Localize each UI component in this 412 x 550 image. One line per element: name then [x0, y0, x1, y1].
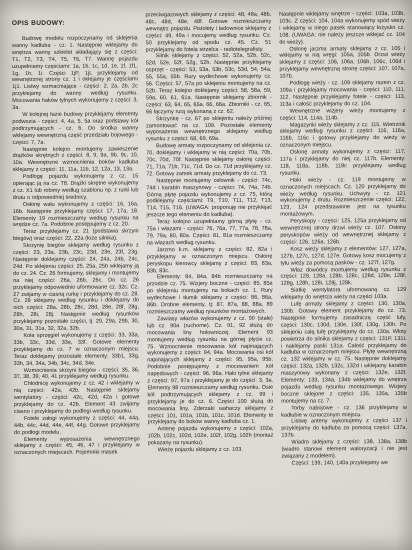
paragraph: Elementy: 84, 84a, 84b rozmieszczamy na … [147, 274, 273, 316]
paragraph: Podłogę wieży - cz. 109 sklejamy razem z… [280, 80, 406, 108]
paragraph: Zawiasy włazów wykonujemy z cz. 90 (stał… [147, 316, 273, 427]
paragraph: Skrzynkę - cz. 67 po sklejeniu należy pó… [146, 115, 272, 143]
paragraph: Budowę modelu rozpoczynamy od sklejenia … [12, 35, 138, 112]
paragraph: Lufę armaty sklejamy z części: 130, 130a… [281, 301, 407, 405]
paragraph: Kosz wieży sklejamy z elementów: 127, 12… [280, 246, 406, 267]
text-column-1: OPIS BUDOWY: Budowę modelu rozpoczynamy … [12, 12, 140, 468]
text-columns: OPIS BUDOWY: Budowę modelu rozpoczynamy … [12, 11, 407, 469]
paragraph: Właz dowódcy montujemy według rysunku z … [280, 267, 406, 288]
paragraph: Torby nabojowe - cz. 136 przyklejamy w k… [281, 405, 407, 419]
paragraph: Następnie wklejamy wnętrze - części: 103… [279, 11, 405, 46]
document-page: OPIS BUDOWY: Budowę modelu rozpoczynamy … [0, 0, 412, 550]
paragraph: Wzmocnienia skrzyni biegów - części: 35,… [14, 367, 140, 381]
paragraph: Podłogę pojazdu wykonujemy z cz. 15 opie… [13, 173, 139, 201]
paragraph: Chłodnicę wykonujemy z cz. 42 i wklejamy… [14, 381, 140, 416]
paragraph: Wiadro sklejamy z części: 138, 138a, 138… [281, 439, 407, 460]
paragraph: Silnik sklejamy z części: 52, 52a, 52b, … [146, 53, 272, 116]
paragraph: Wewnętrzne wizjery wieży montujemy z czę… [280, 108, 406, 122]
paragraph: Antenę pojazdu wykonujemy z części: 102a… [148, 426, 274, 447]
paragraph: Osłonę jarzma armaty sklejamy z cz. 105 … [279, 46, 405, 81]
paragraph: Osłonę armaty wykonujemy z części: 117, … [280, 149, 406, 177]
paragraph: Listwę anteny wykonujemy z części 137 i … [281, 418, 407, 439]
page-heading: OPIS BUDOWY: [12, 19, 138, 28]
paragraph: Skrzynię biegów sklejamy według rysunku … [13, 243, 139, 333]
paragraph: Osłonę wału wykonujemy z części: 16, 16a… [13, 201, 139, 229]
paragraph: Haki wieży - cz. 119 montujemy w oznaczo… [280, 177, 406, 219]
paragraph: Koła sprzęgieł wykonujemy z części: 33, … [13, 332, 139, 367]
paragraph: Teraz kolejno uzupełniamy górną płytę - … [147, 219, 273, 247]
text-column-2: przeciwgazowych sklejamy z części: 48, 4… [145, 12, 273, 468]
paragraph: Wieżę pojazdu sklejamy z cz. 103. [148, 447, 274, 455]
paragraph: Peryskopy - części: 125, 125a przyklejam… [280, 218, 406, 246]
paragraph: Następnie kolejno montujemy zawieszenie … [13, 146, 139, 174]
paragraph: Części: 139, 140, 140a przyklejamy we [281, 460, 407, 468]
paragraph: Fotele załogi wykonujemy z części: 44, 4… [14, 415, 140, 436]
paragraph: Elementy wyposażenia wewnętrznego skleja… [14, 436, 140, 457]
paragraph: Siatkę wentylatora uformowaną cz. 129 wk… [281, 287, 407, 301]
paragraph: Jarzmo k.m. sklejamy z części: 82, 82a i… [147, 246, 273, 274]
paragraph: Magazynki wieży sklejamy z cz. 115. Wiet… [280, 121, 406, 149]
paragraph: W kolejnej fazie budowy przyklejamy elem… [12, 111, 138, 146]
text-column-3: Następnie wklejamy wnętrze - części: 103… [279, 11, 407, 467]
paragraph: przeciwgazowych sklejamy z części: 48, 4… [145, 12, 271, 54]
paragraph: Budowę armaty rozpoczynamy od sklejenia … [146, 143, 272, 178]
paragraph: Teraz przyklejamy cz. 21 (podstawa skrzy… [13, 229, 139, 243]
paragraph: Następnie montujemy celownik - części: 7… [146, 177, 272, 219]
